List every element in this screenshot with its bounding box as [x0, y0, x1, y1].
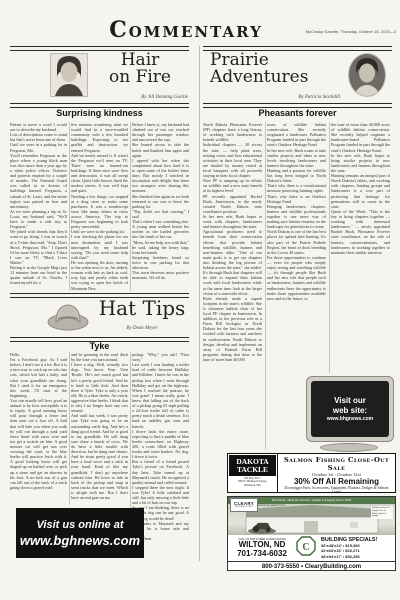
cleary-phone: 701-734-6032 — [231, 550, 293, 559]
monitor-ad-line: Visit our — [311, 396, 389, 405]
hair-on-fire-byline: By Jill Denning Gackle — [92, 95, 188, 100]
issue-line: McClusky Gazette, Thursday, October 15, … — [306, 29, 396, 34]
block-divider-rule — [199, 46, 200, 561]
cleary-brand-sub: BUILDING CORP. — [231, 506, 257, 508]
cowboy-hat-image — [46, 298, 90, 332]
building-photo: ON SALE! • Built On Service, Quality & I… — [228, 497, 395, 535]
bhg-news-web-ad: Visit us online at www.bghnews.com — [16, 508, 144, 558]
article-column: North Dakota Pheasants Forever (PF) chap… — [203, 122, 262, 449]
cleary-building-ad: ON SALE! • Built On Service, Quality & I… — [227, 496, 396, 571]
svg-text:C: C — [302, 542, 309, 553]
cleary-logo: CLEARY BUILDING CORP. — [230, 498, 258, 512]
rule-divider — [10, 46, 189, 51]
web-ad-url: www.bghnews.com — [16, 533, 144, 548]
pheasants-forever-headline: Pheasants forever — [203, 108, 392, 118]
monitor-ad-line: web site: — [311, 406, 389, 415]
column-rule — [69, 352, 70, 505]
tyke-headline: Tyke — [10, 341, 189, 351]
dakota-tackle-logo-block: DAKOTA TACKLE Off Hwy 83 S. 3000 E. Bism… — [228, 454, 277, 492]
cleary-footer: 800-373-5550 • ClearyBuilding.com — [228, 561, 395, 571]
article-column: Hello. I'm a Facebook guy. As I said bef… — [10, 352, 67, 505]
prairie-adventures-byline: By Patricia Stockdill — [210, 95, 340, 100]
sale-offer: 30% Off All Remaining — [280, 477, 393, 486]
hair-on-fire-masthead: Hair on Fire — [92, 52, 188, 85]
article-column: Before I knew it, my husband had climbed… — [132, 122, 189, 291]
patricia-stockdill-photo — [348, 53, 386, 97]
web-site-monitor-ad: Visit our web site: www.bhgnews.com — [306, 376, 392, 452]
article-column: few minutes wondering what we would find… — [71, 122, 128, 291]
newspaper-page: Commentary McClusky Gazette, Thursday, O… — [0, 0, 400, 600]
dakota-tackle-ad: DAKOTA TACKLE Off Hwy 83 S. 3000 E. Bism… — [227, 453, 396, 493]
masthead-title-line: Adventures — [210, 69, 340, 86]
hat-tips-masthead: Hat Tips — [92, 299, 192, 319]
jill-gackle-photo — [50, 53, 88, 97]
column-rule — [265, 122, 266, 449]
column-rule — [130, 122, 131, 291]
monitor-ad-url: www.bhgnews.com — [311, 416, 389, 422]
web-ad-line: Visit us online at — [16, 519, 144, 531]
article-column: Patient is never a word I would use to d… — [10, 122, 67, 291]
masthead-title-line: on Fire — [92, 69, 188, 86]
hat-tips-byline: By Dean Meyer — [92, 326, 192, 331]
article-column: the tune of more than 40,000 acres of wi… — [331, 122, 390, 373]
sale-items: Downrigger Parts, Accessories, Equipment… — [280, 486, 393, 495]
article-column: and be grinning in the road ditch by the… — [71, 352, 128, 505]
cleary-specials: 36'x48'x14' • $15,380 42'x63'x16' • $26,… — [321, 543, 392, 559]
cleary-side-note: Building pictured is not priced in ad. P… — [371, 506, 393, 519]
surprising-kindness-headline: Surprising kindness — [10, 108, 189, 118]
cleary-brand: CLEARY — [231, 501, 257, 506]
dakota-tackle-name: TACKLE — [229, 466, 276, 474]
monitor-icon: Visit our web site: www.bhgnews.com — [306, 376, 394, 442]
cleary-octagon-logo: C — [293, 536, 319, 561]
column-rule — [69, 122, 70, 291]
sale-title: Salmon Fishing Close-Out Sale — [280, 456, 393, 472]
column-rule — [329, 122, 330, 373]
monitor-base — [320, 443, 378, 452]
prairie-adventures-masthead: Prairie Adventures — [210, 52, 340, 85]
dakota-tackle-address: Off Hwy 83 S. 3000 E. Bismarck Expwy. Bi… — [229, 477, 276, 487]
